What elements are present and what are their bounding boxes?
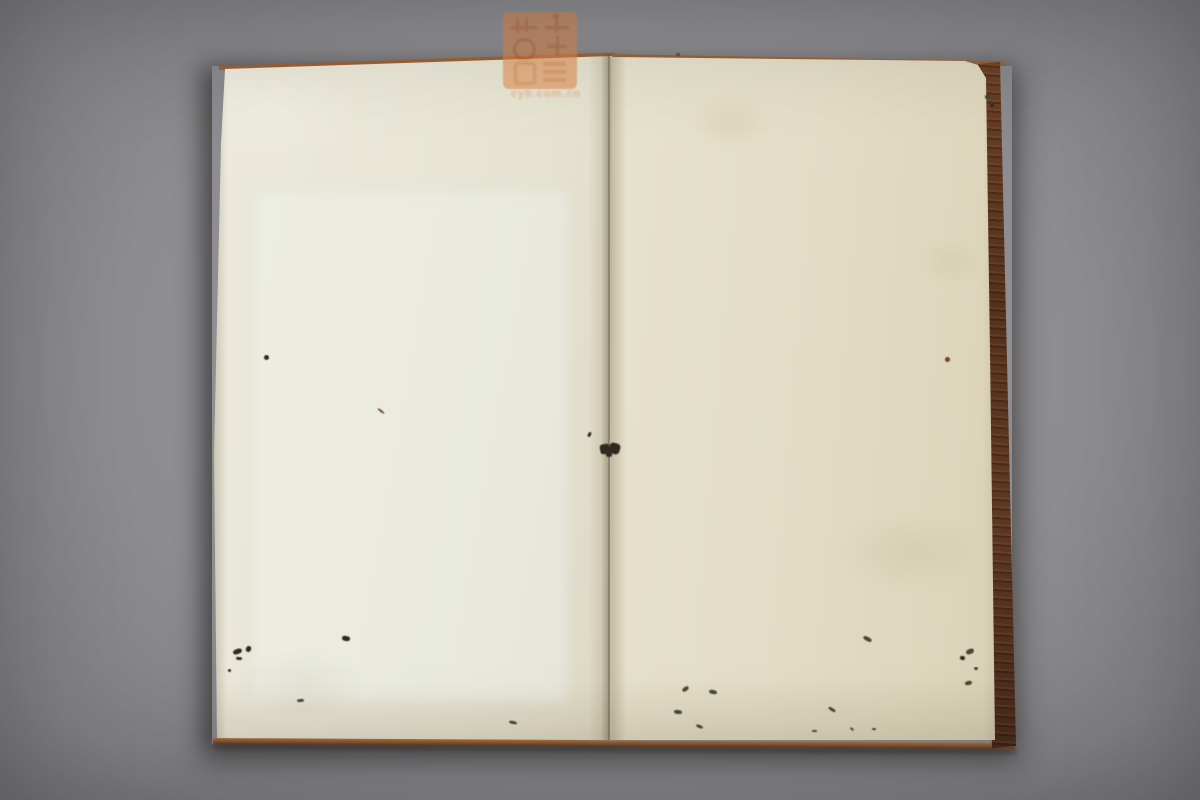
- watermark-seal-icon: [503, 12, 577, 89]
- seal-stroke: [556, 36, 559, 56]
- seal-stroke: [525, 19, 528, 32]
- ink-speck: [674, 710, 682, 715]
- ink-speck: [974, 667, 978, 670]
- watermark: cyb.com.cn: [500, 10, 592, 102]
- ink-speck: [228, 669, 231, 672]
- seal-stroke: [513, 38, 536, 61]
- ink-speck: [945, 357, 950, 362]
- ink-speck: [828, 706, 836, 713]
- ink-speck: [965, 648, 974, 656]
- ink-speck: [509, 720, 517, 725]
- ink-speck: [850, 727, 854, 731]
- seal-stroke: [511, 26, 537, 29]
- seal-stroke: [514, 62, 536, 85]
- ink-speck: [960, 656, 966, 661]
- ink-speck: [236, 657, 242, 661]
- ink-speck: [965, 680, 973, 685]
- seal-stroke: [543, 78, 566, 82]
- ink-speck: [709, 689, 718, 695]
- photo-stage: cyb.com.cn: [0, 0, 1200, 800]
- ink-speck: [587, 432, 592, 438]
- ink-speck: [377, 408, 385, 415]
- ink-speck: [863, 635, 873, 643]
- seal-glyphs: [503, 12, 577, 89]
- seal-stroke: [555, 17, 558, 32]
- ink-speck: [606, 452, 612, 457]
- ink-speck: [232, 648, 242, 656]
- seal-stroke: [552, 14, 559, 18]
- specks-layer: [0, 0, 1200, 800]
- seal-stroke: [543, 62, 566, 66]
- watermark-url: cyb.com.cn: [500, 88, 592, 100]
- ink-speck: [872, 728, 876, 730]
- ink-speck: [990, 104, 994, 107]
- ink-speck: [676, 53, 680, 56]
- ink-speck: [812, 730, 817, 732]
- seal-stroke: [543, 70, 566, 74]
- ink-speck: [696, 724, 704, 729]
- ink-speck: [264, 355, 269, 360]
- ink-speck: [245, 645, 252, 653]
- ink-speck: [985, 95, 990, 99]
- seal-stroke: [516, 19, 519, 32]
- ink-speck: [297, 699, 304, 703]
- ink-speck: [342, 635, 351, 641]
- ink-speck: [681, 685, 689, 692]
